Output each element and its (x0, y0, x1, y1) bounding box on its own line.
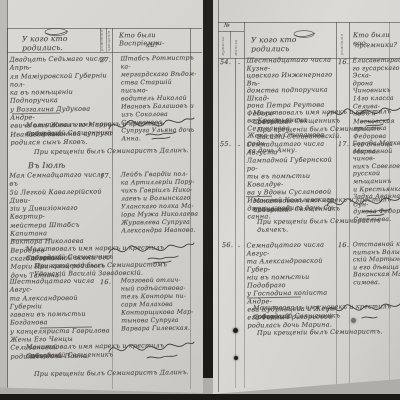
day-number: 16. (338, 58, 349, 66)
priest-signature-icon (106, 336, 196, 368)
record-number: 56. (222, 241, 233, 249)
record-number: 55. (220, 140, 231, 148)
assistant-line: При крещеніи былъ Семинаристъ Далинъ. (34, 368, 194, 378)
metric-book-photo: У кого кто родились. рожденія крещенія К… (0, 0, 400, 400)
right-header-born: У кого кто родились (251, 34, 335, 53)
right-header-godparents-2: пріемники? (355, 41, 400, 50)
assistant-line: При крещеніи былъ Семинаристъ дьячекъ. (257, 216, 400, 234)
left-narrow-col-label-1: рожденія (100, 30, 104, 51)
priest-signature-icon (106, 112, 196, 146)
paper-stain (351, 318, 356, 323)
priest-signature-icon (325, 297, 400, 329)
ditto-mark: - (238, 141, 241, 149)
left-header-godparents-2: ки? (146, 41, 158, 49)
clergy-line-2: приходскій Священникъ (26, 128, 113, 138)
assistant-line: При крещеніи былъ СеминаристомъУдонскій … (34, 260, 194, 278)
godparents-text: Лейбъ Гвардіи пол-ка Артиллеріи Пору-чик… (121, 171, 202, 236)
male-count-label: мужеска (221, 33, 225, 56)
number-column-header: № (224, 22, 230, 29)
ink-blot (233, 328, 238, 333)
right-narrow-col-label: рожденія (340, 27, 344, 55)
right-col-border-1 (235, 58, 236, 388)
assistant-line: При крещеніи былъ Семинаристъ Далинъ. (34, 146, 194, 156)
left-page: У кого кто родились. рожденія крещенія К… (0, 0, 203, 393)
female-count-label: женска (234, 33, 238, 56)
ditto-mark: - (238, 59, 241, 67)
no-box-rule (218, 31, 244, 32)
left-header-born: У кого кто родились. (22, 34, 100, 53)
godparents-text: Отставной ка-питанъ Волын-скій Мартыновъ… (353, 241, 400, 287)
godparents-text: Мозговой отлич-ный содѣйствова-тель Конт… (121, 277, 202, 334)
no-subcol-rule (230, 31, 231, 58)
record-number: 54. (220, 58, 231, 66)
assistant-line: При крещеніи былъ Семинаристъ. (257, 327, 397, 337)
right-page: № мужеска женска У кого кто родились рож… (213, 0, 400, 394)
left-table-top-rule (7, 28, 202, 29)
clergy-line-2: приходскій Священникъ (26, 350, 113, 360)
left-narrow-col-label-2: крещенія (107, 30, 111, 51)
left-col-border-1 (7, 28, 8, 389)
right-col-border-2 (244, 22, 245, 388)
ink-blot (234, 356, 238, 360)
day-number: 16. (338, 241, 349, 249)
right-table-top-rule (218, 22, 400, 23)
section-month-header: Въ Іюлѣ (28, 161, 66, 170)
ditto-mark: - (238, 242, 241, 250)
day-number: 17. (338, 140, 349, 148)
